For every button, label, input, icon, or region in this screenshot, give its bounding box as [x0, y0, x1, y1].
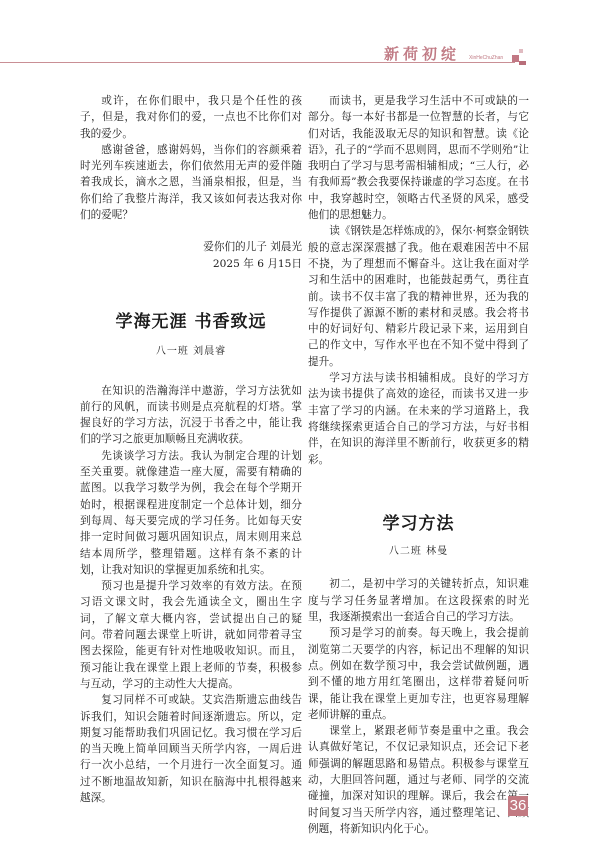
paragraph: 课堂上，紧跟老师节奏是重中之重。我会认真做好笔记，不仅记录知识点，还会记下老师强…	[308, 723, 529, 837]
section-title: 新荷初绽	[384, 46, 460, 62]
article-byline: 八一班 刘晨睿	[80, 344, 302, 360]
right-column: 而读书，更是我学习生活中不可或缺的一部分。每一本好书都是一位智慧的长者，与它们对…	[308, 93, 529, 837]
letter-ending: 或许，在你们眼中，我只是个任性的孩子，但是，我对你们的爱，一点也不比你们对我的爱…	[80, 93, 302, 272]
signature: 爱你们的儿子 刘晨光	[80, 239, 302, 255]
page-number: 36	[508, 796, 528, 816]
left-column: 或许，在你们眼中，我只是个任性的孩子，但是，我对你们的爱，一点也不比你们对我的爱…	[80, 93, 302, 806]
paragraph: 复习同样不可或缺。艾宾浩斯遗忘曲线告诉我们，知识会随着时间逐渐遗忘。所以，定期复…	[80, 692, 302, 806]
article-body-continued: 而读书，更是我学习生活中不可或缺的一部分。每一本好书都是一位智慧的长者，与它们对…	[308, 93, 529, 468]
paragraph: 在知识的浩瀚海洋中遨游，学习方法犹如前行的风帆，而读书则是点亮航程的灯塔。掌握良…	[80, 383, 302, 448]
paragraph: 初二，是初中学习的关键转折点，知识难度与学习任务显著增加。在这段探索的时光里，我…	[308, 576, 529, 625]
paragraph: 或许，在你们眼中，我只是个任性的孩子，但是，我对你们的爱，一点也不比你们对我的爱…	[80, 93, 302, 142]
article-body: 初二，是初中学习的关键转折点，知识难度与学习任务显著增加。在这段探索的时光里，我…	[308, 576, 529, 837]
header-square-decoration	[519, 61, 526, 65]
paragraph: 预习是学习的前奏。每天晚上，我会提前浏览第二天要学的内容，标记出不理解的知识点。…	[308, 625, 529, 723]
article-byline: 八二班 林曼	[308, 544, 529, 560]
header-square-decoration	[519, 49, 523, 53]
paragraph: 读《钢铁是怎样炼成的》，保尔·柯察金钢铁般的意志深深震撼了我。他在艰难困苦中不屈…	[308, 223, 529, 370]
paragraph: 先谈谈学习方法。我认为制定合理的计划至关重要。就像建造一座大厦，需要有精确的蓝图…	[80, 448, 302, 578]
article-title: 学海无涯 书香致远	[80, 314, 302, 330]
header-square-decoration	[512, 55, 519, 62]
date: 2025 年 6 月15日	[80, 256, 302, 272]
paragraph: 学习方法与读书相辅相成。良好的学习方法为读书提供了高效的途径，而读书又进一步丰富…	[308, 370, 529, 468]
article-title: 学习方法	[308, 516, 529, 532]
paragraph: 而读书，更是我学习生活中不可或缺的一部分。每一本好书都是一位智慧的长者，与它们对…	[308, 93, 529, 223]
section-pinyin: XinHeChuZhan	[469, 55, 503, 61]
paragraph: 预习也是提升学习效率的有效方法。在预习语文课文时，我会先通读全文，圈出生字词，了…	[80, 578, 302, 692]
article-body: 在知识的浩瀚海洋中遨游，学习方法犹如前行的风帆，而读书则是点亮航程的灯塔。掌握良…	[80, 383, 302, 807]
paragraph: 感谢爸爸，感谢妈妈，当你们的容颜乘着时光列车疾速逝去，你们依然用无声的爱伴随着我…	[80, 142, 302, 223]
